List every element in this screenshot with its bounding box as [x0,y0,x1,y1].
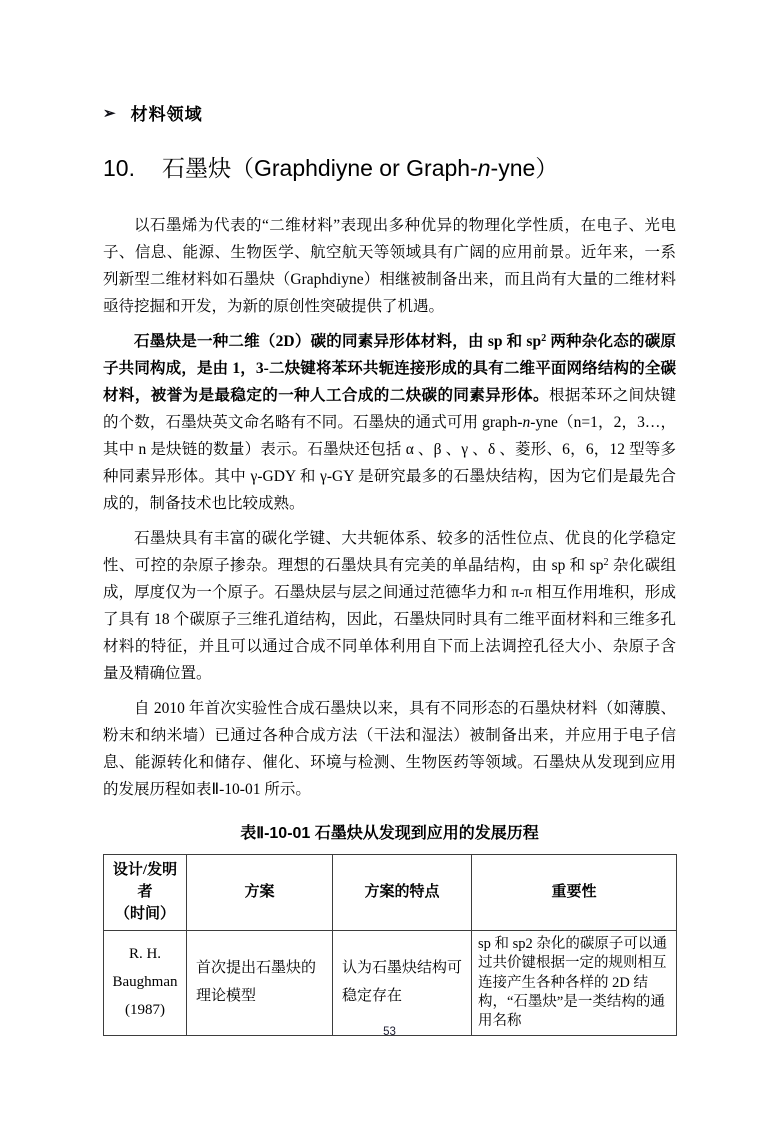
header-features: 方案的特点 [333,855,472,931]
chapter-heading: 10.石墨炔（Graphdiyne or Graph-n-yne） [103,150,676,183]
chapter-number: 10. [103,155,162,182]
table-header-row: 设计/发明者 （时间） 方案 方案的特点 重要性 [104,855,677,931]
paragraph-1: 以石墨烯为代表的“二维材料”表现出多种优异的物理化学性质，在电子、光电子、信息、… [103,212,676,320]
cell-features: 认为石墨炔结构可稳定存在 [333,931,472,1036]
chapter-title: 石墨炔（Graphdiyne or Graph-n-yne） [162,155,558,181]
arrow-bullet-icon: ➢ [103,104,116,122]
history-table: 设计/发明者 （时间） 方案 方案的特点 重要性 R. H. Baughman … [103,854,677,1036]
section-heading: ➢ 材料领域 [103,100,676,125]
page-number: 53 [103,1026,676,1038]
header-scheme: 方案 [187,855,333,931]
paragraph-4: 自 2010 年首次实验性合成石墨炔以来，具有不同形态的石墨炔材料（如薄膜、粉末… [103,695,676,803]
cell-importance: sp 和 sp2 杂化的碳原子可以通过共价键根据一定的规则相互连接产生各种各样的… [472,931,677,1036]
table-row: R. H. Baughman (1987) 首次提出石墨炔的理论模型 认为石墨炔… [104,931,677,1036]
header-designer: 设计/发明者 （时间） [104,855,187,931]
paragraph-2: 石墨炔是一种二维（2D）碳的同素异形体材料，由 sp 和 sp2 两种杂化态的碳… [103,328,676,517]
section-title: 材料领域 [131,100,203,125]
header-importance: 重要性 [472,855,677,931]
document-content: ➢ 材料领域 10.石墨炔（Graphdiyne or Graph-n-yne）… [103,0,676,1036]
paragraph-3: 石墨炔具有丰富的碳化学键、大共轭体系、较多的活性位点、优良的化学稳定性、可控的杂… [103,525,676,687]
cell-scheme: 首次提出石墨炔的理论模型 [187,931,333,1036]
table-caption: 表Ⅱ-10-01 石墨炔从发现到应用的发展历程 [103,820,676,843]
cell-designer: R. H. Baughman (1987) [104,931,187,1036]
